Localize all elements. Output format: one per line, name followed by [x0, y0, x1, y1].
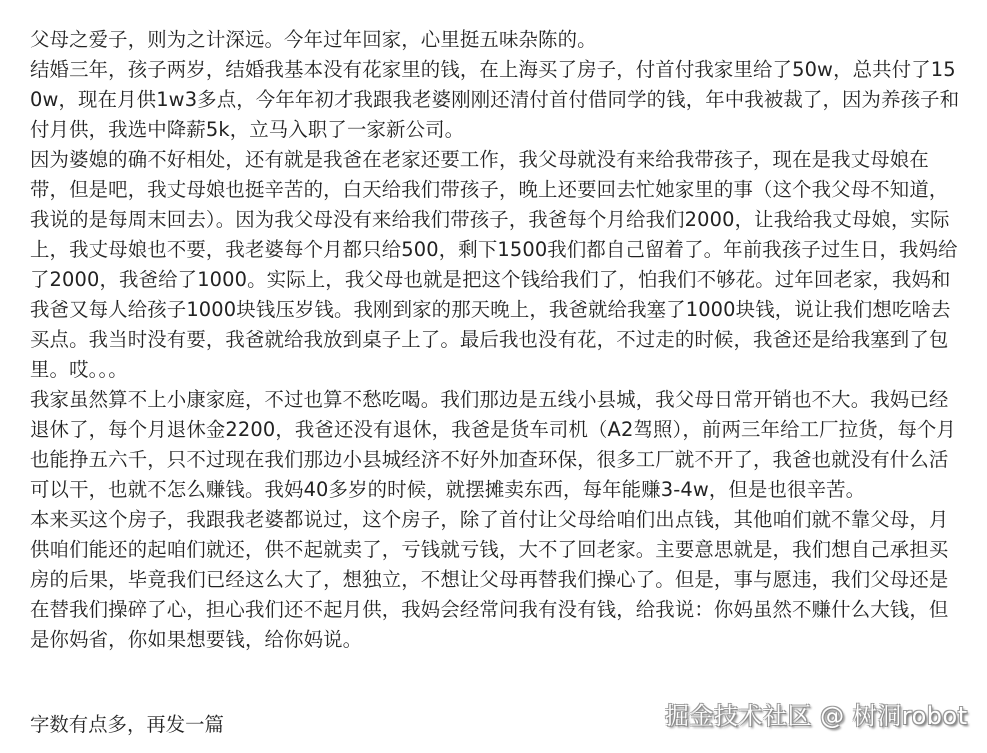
footer-note: 字数有点多，再发一篇	[30, 710, 224, 740]
paragraph-family-income: 我家虽然算不上小康家庭，不过也算不愁吃喝。我们那边是五线小县城，我父母日常开销也…	[30, 385, 960, 505]
paragraph-childcare-money: 因为婆媳的确不好相处，还有就是我爸在老家还要工作，我父母就没有来给我带孩子，现在…	[30, 145, 960, 385]
paragraph-independence: 本来买这个房子，我跟我老婆都说过，这个房子，除了首付让父母给咱们出点钱，其他咱们…	[30, 505, 960, 655]
post-body: 父母之爱子，则为之计深远。今年过年回家，心里挺五味杂陈的。 结婚三年，孩子两岁，…	[30, 25, 960, 655]
paragraph-marriage-house: 结婚三年，孩子两岁，结婚我基本没有花家里的钱，在上海买了房子，付首付我家里给了5…	[30, 55, 960, 145]
cut-off-previous-line: 一一 一一一一一一一	[30, 0, 300, 4]
watermark: 掘金技术社区 @ 树洞robot	[665, 700, 968, 732]
paragraph-intro: 父母之爱子，则为之计深远。今年过年回家，心里挺五味杂陈的。	[30, 25, 960, 55]
